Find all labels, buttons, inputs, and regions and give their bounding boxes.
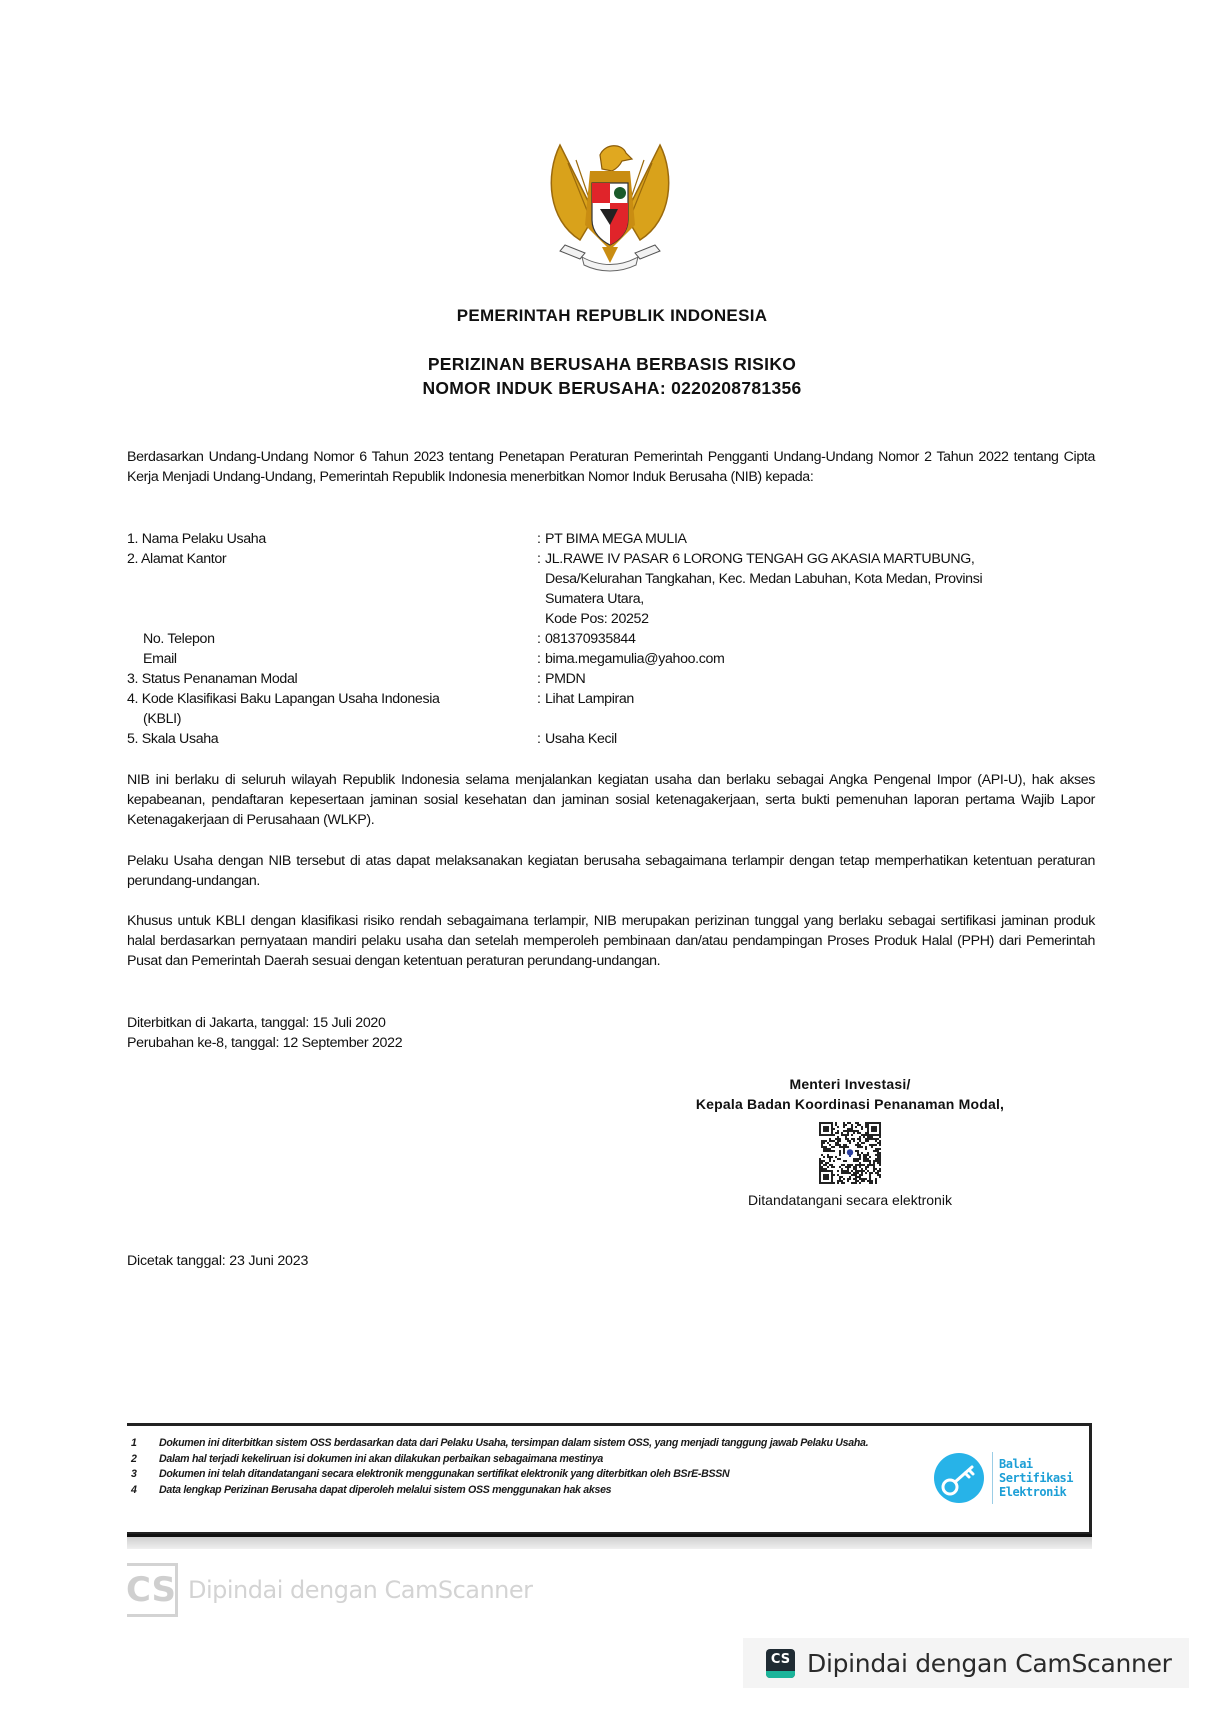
detail-row: 5. Skala Usaha:Usaha Kecil [127, 729, 1095, 749]
detail-value-line: Desa/Kelurahan Tangkahan, Kec. Medan Lab… [537, 569, 1095, 589]
note-number: 3 [131, 1467, 159, 1483]
camscanner-icon-label: CS [771, 1652, 790, 1667]
document-title: PERIZINAN BERUSAHA BERBASIS RISIKO [0, 354, 1224, 375]
issued-date: Diterbitkan di Jakarta, tanggal: 15 Juli… [127, 1013, 402, 1033]
footer-notes: 1Dokumen ini diterbitkan sistem OSS berd… [131, 1436, 911, 1498]
issue-info: Diterbitkan di Jakarta, tanggal: 15 Juli… [127, 1013, 402, 1053]
detail-row: 3. Status Penanaman Modal:PMDN [127, 669, 1095, 689]
detail-row: 2. Alamat Kantor:JL.RAWE IV PASAR 6 LORO… [127, 549, 1095, 629]
business-activity-paragraph: Pelaku Usaha dengan NIB tersebut di atas… [127, 851, 1095, 891]
nib-validity-paragraph: NIB ini berlaku di seluruh wilayah Repub… [127, 770, 1095, 830]
nib-number: NOMOR INDUK BERUSAHA: 0220208781356 [0, 378, 1224, 399]
scanner-watermark: CS Dipindai dengan CamScanner [127, 1563, 533, 1617]
signer-title-line2: Kepala Badan Koordinasi Penanaman Modal, [640, 1094, 1060, 1114]
bsre-logo: Balai Sertifikasi Elektronik [934, 1452, 1073, 1504]
electronic-signature-note: Ditandatangani secara elektronik [640, 1190, 1060, 1210]
detail-value-line: PMDN [545, 671, 585, 687]
detail-value-line: 081370935844 [545, 631, 636, 647]
detail-label: 1. Nama Pelaku Usaha [127, 529, 537, 549]
detail-row: 1. Nama Pelaku Usaha:PT BIMA MEGA MULIA [127, 529, 1095, 549]
amendment-date: Perubahan ke-8, tanggal: 12 September 20… [127, 1033, 402, 1053]
detail-value-line: Sumatera Utara, [537, 589, 1095, 609]
footer-note: 4Data lengkap Perizinan Berusaha dapat d… [131, 1483, 911, 1499]
detail-label: No. Telepon [127, 629, 537, 649]
business-details: 1. Nama Pelaku Usaha:PT BIMA MEGA MULIA2… [127, 529, 1095, 749]
detail-value-line: PT BIMA MEGA MULIA [545, 531, 687, 547]
printed-date: Dicetak tanggal: 23 Juni 2023 [127, 1253, 308, 1269]
detail-value: :081370935844 [537, 629, 1095, 649]
detail-label: 5. Skala Usaha [127, 729, 537, 749]
detail-value: :PT BIMA MEGA MULIA [537, 529, 1095, 549]
detail-value: :bima.megamulia@yahoo.com [537, 649, 1095, 669]
bsre-key-icon [934, 1453, 984, 1503]
note-number: 2 [131, 1452, 159, 1468]
note-text: Dokumen ini telah ditandatangani secara … [159, 1467, 729, 1483]
footer-notes-box: 1Dokumen ini diterbitkan sistem OSS berd… [127, 1423, 1092, 1535]
detail-row: 4. Kode Klasifikasi Baku Lapangan Usaha … [127, 689, 1095, 709]
kbli-halal-paragraph: Khusus untuk KBLI dengan klasifikasi ris… [127, 911, 1095, 971]
note-text: Dokumen ini diterbitkan sistem OSS berda… [159, 1436, 868, 1452]
camscanner-icon: CS [766, 1649, 795, 1678]
detail-value: :Usaha Kecil [537, 729, 1095, 749]
detail-value: :PMDN [537, 669, 1095, 689]
detail-label: 4. Kode Klasifikasi Baku Lapangan Usaha … [127, 689, 537, 709]
bsre-line2: Sertifikasi [999, 1471, 1073, 1485]
divider [992, 1452, 993, 1504]
bsre-line3: Elektronik [999, 1485, 1073, 1499]
detail-value-line: JL.RAWE IV PASAR 6 LORONG TENGAH GG AKAS… [545, 551, 975, 567]
footer-note: 3Dokumen ini telah ditandatangani secara… [131, 1467, 911, 1483]
garuda-emblem-icon [540, 135, 680, 280]
page-edge [127, 1534, 1092, 1549]
note-text: Data lengkap Perizinan Berusaha dapat di… [159, 1483, 611, 1499]
detail-label: 2. Alamat Kantor [127, 549, 537, 629]
detail-label: 3. Status Penanaman Modal [127, 669, 537, 689]
signature-block: Menteri Investasi/ Kepala Badan Koordina… [640, 1074, 1060, 1210]
detail-value-line: bima.megamulia@yahoo.com [545, 651, 725, 667]
note-text: Dalam hal terjadi kekeliruan isi dokumen… [159, 1452, 603, 1468]
qr-code-icon [819, 1122, 881, 1184]
detail-row: Email:bima.megamulia@yahoo.com [127, 649, 1095, 669]
watermark-text: Dipindai dengan CamScanner [188, 1576, 533, 1604]
camscanner-badge: CS Dipindai dengan CamScanner [743, 1638, 1189, 1688]
detail-label: Email [127, 649, 537, 669]
bsre-name: Balai Sertifikasi Elektronik [999, 1457, 1073, 1499]
detail-value: :JL.RAWE IV PASAR 6 LORONG TENGAH GG AKA… [537, 549, 1095, 629]
detail-value-line: Kode Pos: 20252 [537, 609, 1095, 629]
government-heading: PEMERINTAH REPUBLIK INDONESIA [0, 306, 1224, 326]
note-number: 1 [131, 1436, 159, 1452]
intro-paragraph: Berdasarkan Undang-Undang Nomor 6 Tahun … [127, 447, 1095, 487]
footer-note: 1Dokumen ini diterbitkan sistem OSS berd… [131, 1436, 911, 1452]
camscanner-logo-icon: CS [127, 1563, 178, 1617]
bsre-line1: Balai [999, 1457, 1073, 1471]
detail-row: No. Telepon:081370935844 [127, 629, 1095, 649]
note-number: 4 [131, 1483, 159, 1499]
detail-value-line: Usaha Kecil [545, 731, 617, 747]
signer-title-line1: Menteri Investasi/ [640, 1074, 1060, 1094]
detail-value: :Lihat Lampiran [537, 689, 1095, 709]
footer-note: 2Dalam hal terjadi kekeliruan isi dokume… [131, 1452, 911, 1468]
camscanner-badge-text: Dipindai dengan CamScanner [807, 1649, 1172, 1678]
detail-value-line: Lihat Lampiran [545, 691, 634, 707]
detail-label-cont: (KBLI) [127, 709, 537, 729]
